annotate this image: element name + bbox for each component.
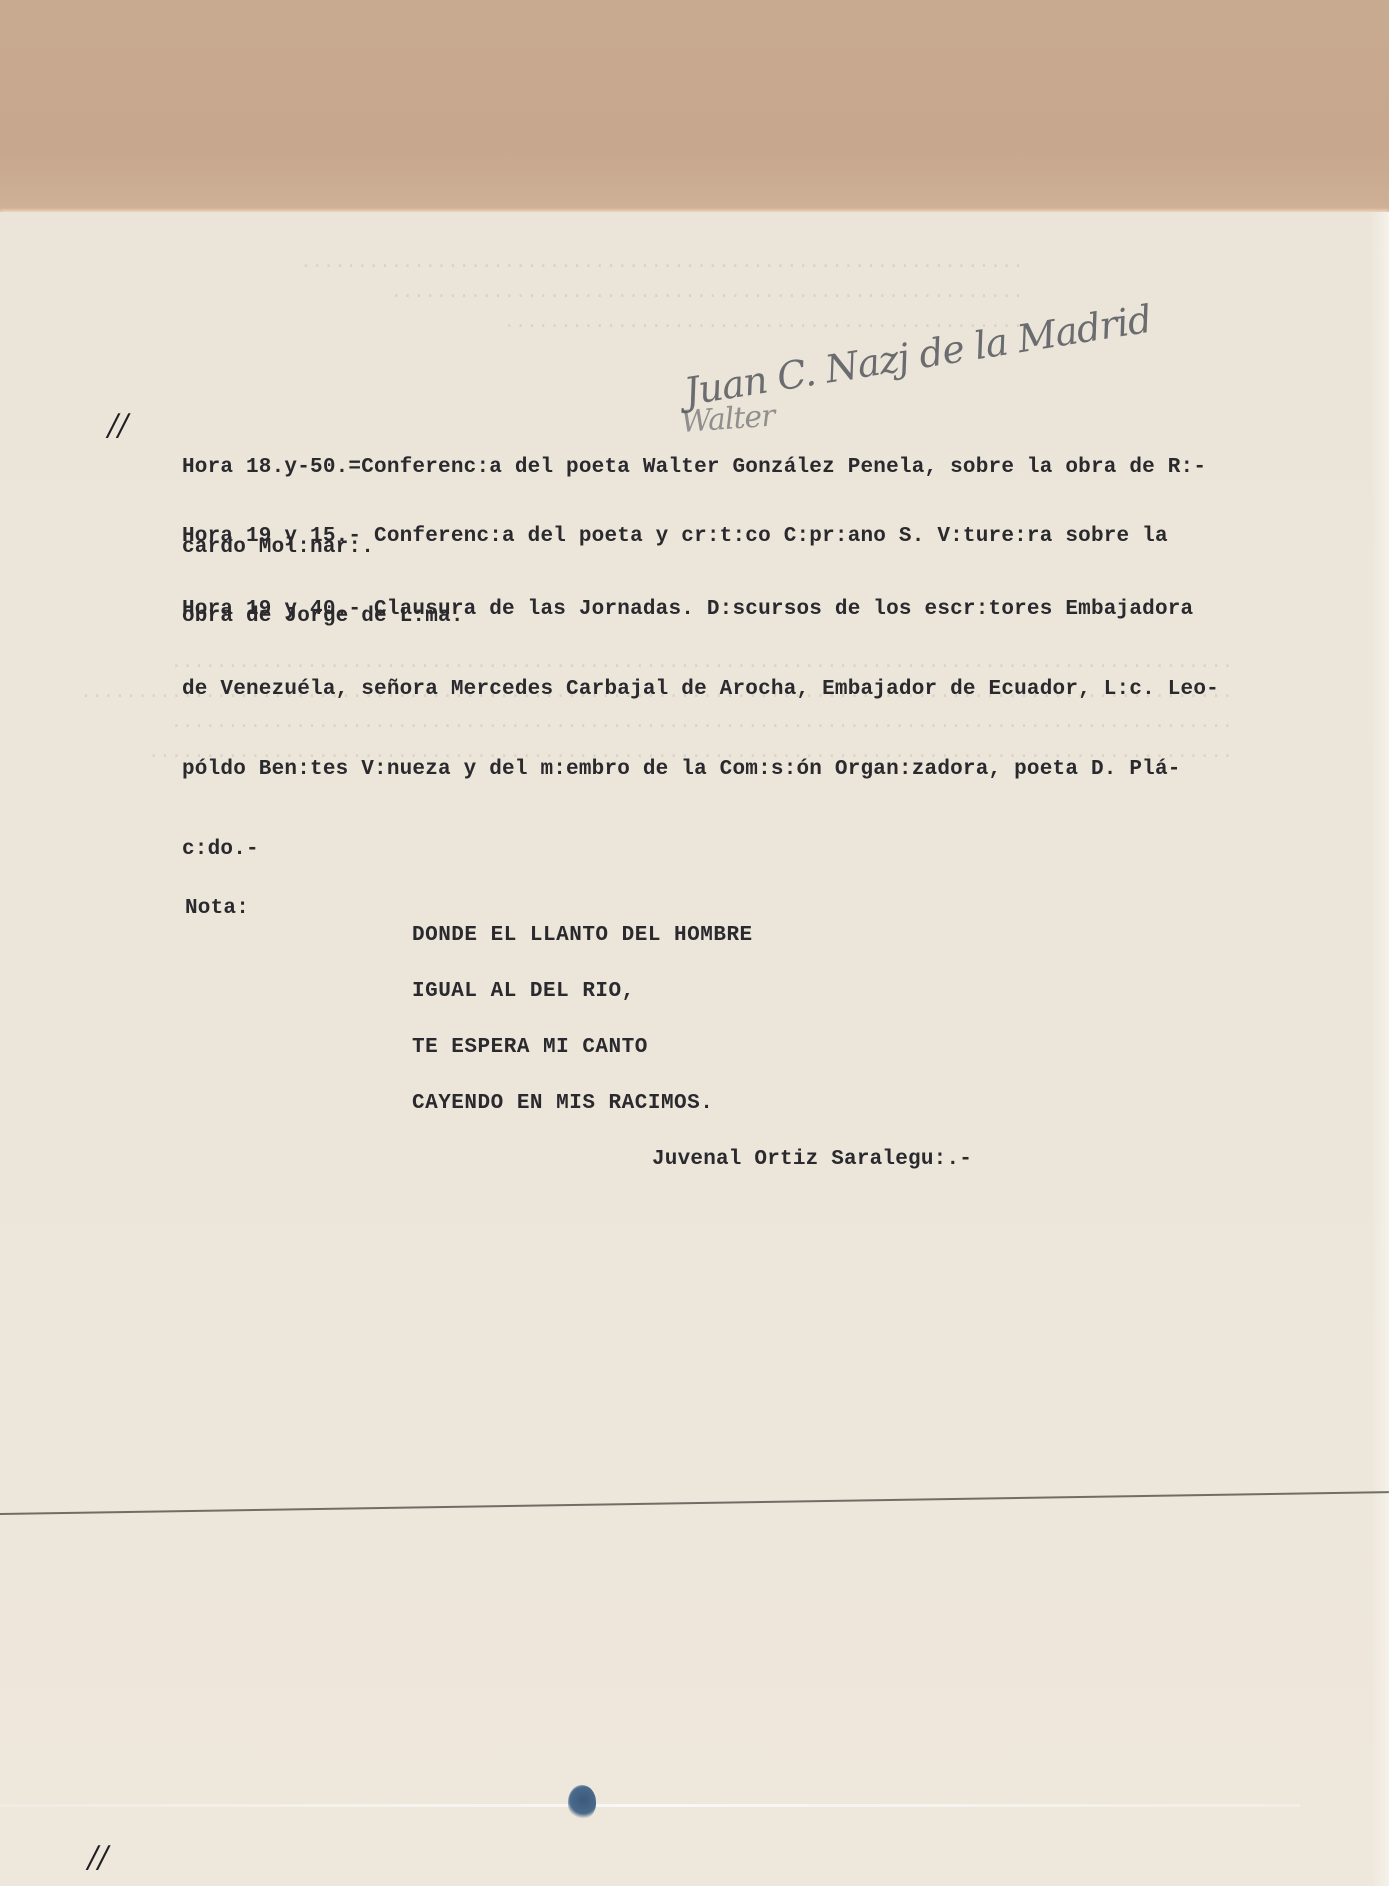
poem-excerpt: DONDE EL LLANTO DEL HOMBRE IGUAL AL DEL … <box>412 908 753 1132</box>
schedule-line: c:do.- <box>182 833 1302 867</box>
poem-line: DONDE EL LLANTO DEL HOMBRE <box>412 908 753 964</box>
show-through-text: ········································… <box>300 252 1023 342</box>
schedule-entry-1940: Hora 19 y 40.- Clausura de las Jornadas.… <box>182 547 1302 890</box>
poem-line: CAYENDO EN MIS RACIMOS. <box>412 1076 753 1132</box>
schedule-line: Hora 19 y 40.- Clausura de las Jornadas.… <box>182 593 1302 627</box>
schedule-line: póldo Ben:tes V:nueza y del m:embro de l… <box>182 753 1302 787</box>
poem-author: Juvenal Ortiz Saralegu:.- <box>652 1148 972 1171</box>
poem-line: IGUAL AL DEL RIO, <box>412 964 753 1020</box>
schedule-line: de Venezuéla, señora Mercedes Carbajal d… <box>182 673 1302 707</box>
poem-line: TE ESPERA MI CANTO <box>412 1020 753 1076</box>
margin-mark-bottom: // <box>88 1840 108 1875</box>
margin-mark-top: // <box>108 408 128 443</box>
backing-paper <box>0 0 1389 215</box>
ink-blot <box>568 1785 596 1819</box>
note-label: Nota: <box>185 897 249 920</box>
paper-crease <box>0 1804 1300 1807</box>
